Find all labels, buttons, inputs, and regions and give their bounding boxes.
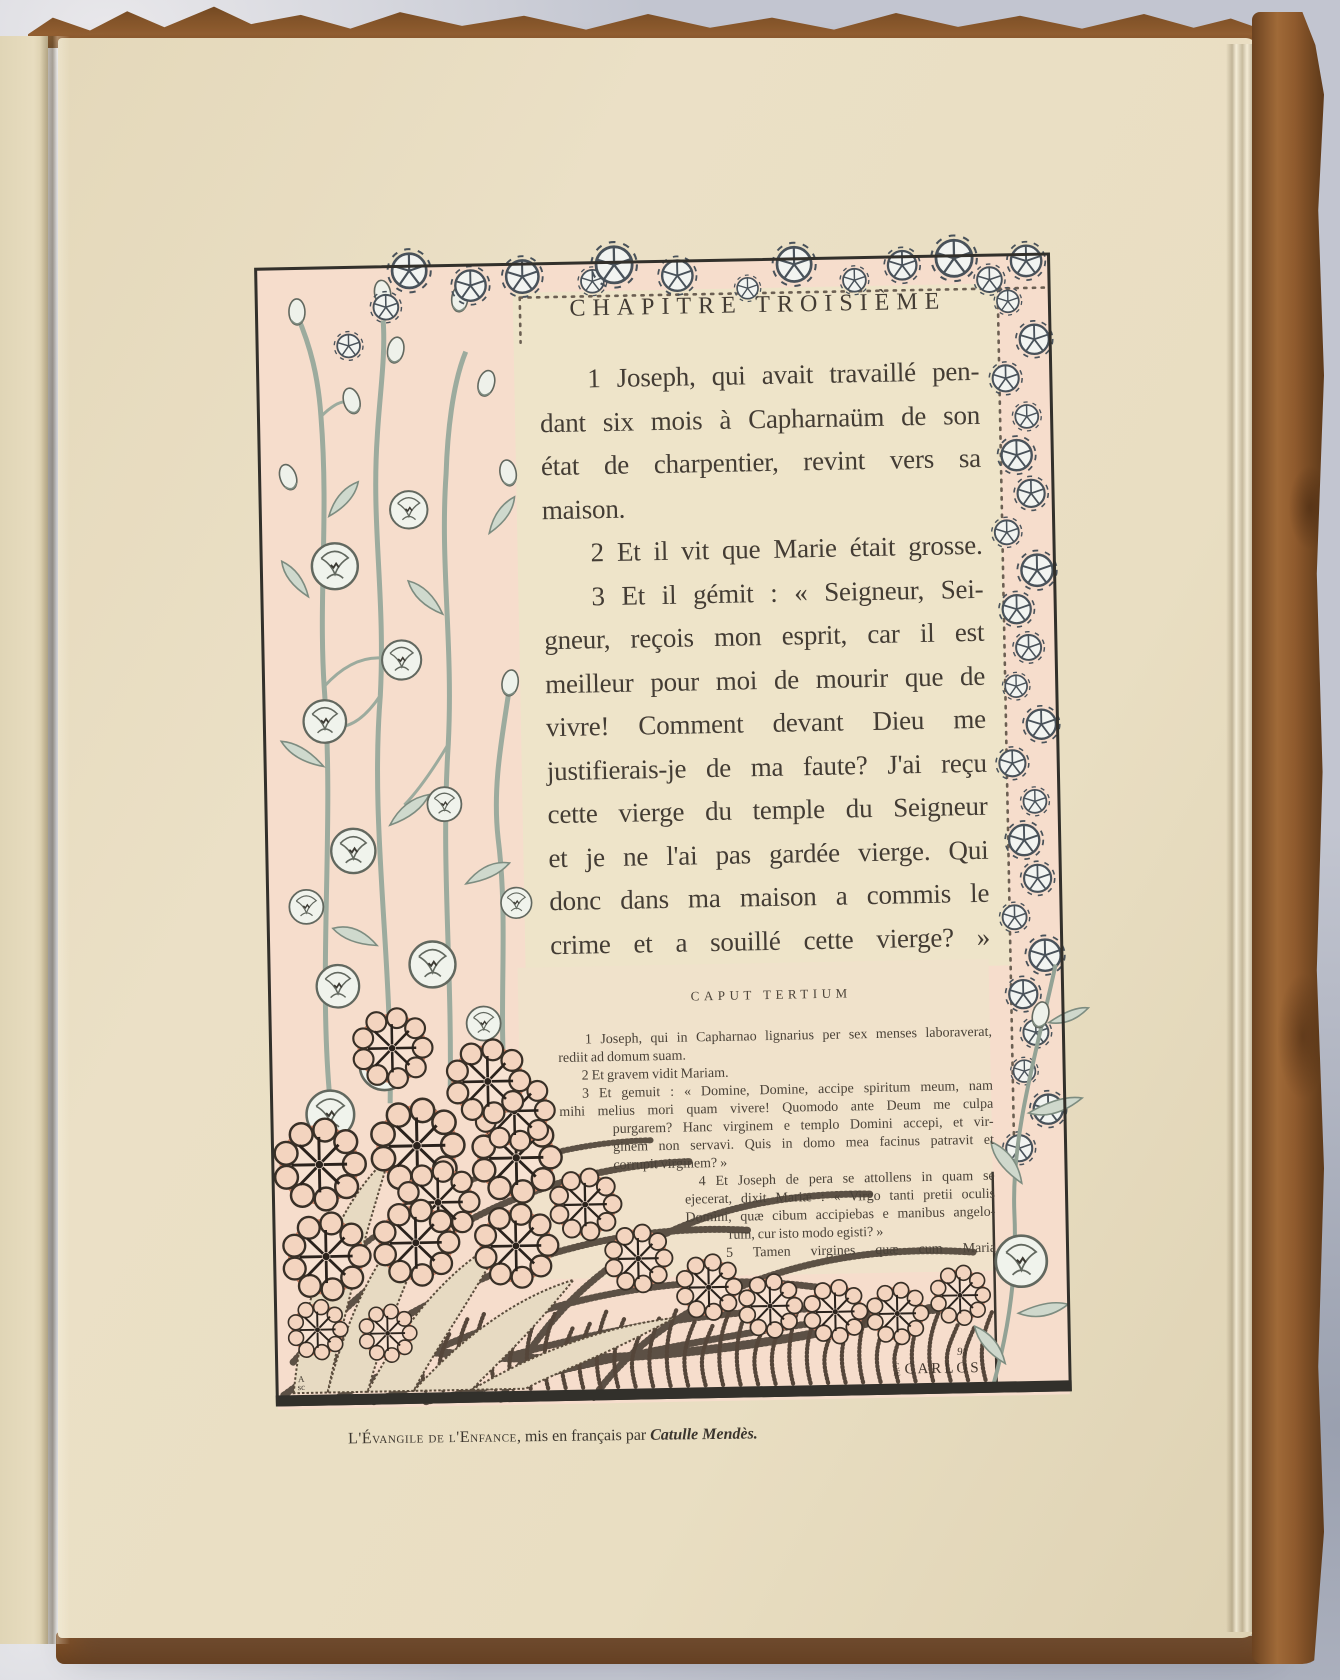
caption-translator: Catulle Mendès. [650, 1425, 758, 1443]
artist-signature: 91 C Æ CARLOS [893, 1360, 982, 1379]
french-line: 2 Et il vit que Marie était grosse. [542, 524, 983, 576]
artist-monogram: C Æ [893, 1363, 900, 1377]
french-line: crime et a souillé cette vierge? » [550, 915, 991, 967]
signature-name: CARLOS [904, 1360, 981, 1377]
french-line: donc dans ma maison a commis le [549, 872, 990, 924]
french-line: gneur, reçois mon esprit, car il est [544, 611, 985, 663]
engraver-monogram: A sc [297, 1375, 305, 1391]
french-line: 1 Joseph, qui avait travaillé pen- [539, 350, 980, 402]
book-page: CHAPITRE TROISIÈME 1 Joseph, qui avait t… [58, 38, 1256, 1638]
latin-footnote-block: 1 Joseph, qui in Capharnao lignarius per… [558, 1024, 996, 1266]
french-line: état de charpentier, revint vers sa [541, 437, 982, 489]
caption-work-title: L'Évangile de l'Enfance [348, 1428, 517, 1447]
french-verse-block: 1 Joseph, qui avait travaillé pen-dant s… [539, 350, 991, 967]
book-right-cover [1252, 12, 1324, 1664]
signature-year: 91 [956, 1346, 968, 1359]
caption-connector: , mis en français par [517, 1427, 650, 1446]
book-gutter-crease [40, 36, 70, 1644]
illustrated-plate: CHAPITRE TROISIÈME 1 Joseph, qui avait t… [254, 252, 1072, 1411]
french-line: cette vierge du temple du Seigneur [547, 785, 988, 837]
photo-backdrop: CHAPITRE TROISIÈME 1 Joseph, qui avait t… [0, 0, 1340, 1680]
french-line: vivre! Comment devant Dieu me [546, 698, 987, 750]
plate-caption: L'Évangile de l'Enfance, mis en français… [348, 1424, 908, 1449]
